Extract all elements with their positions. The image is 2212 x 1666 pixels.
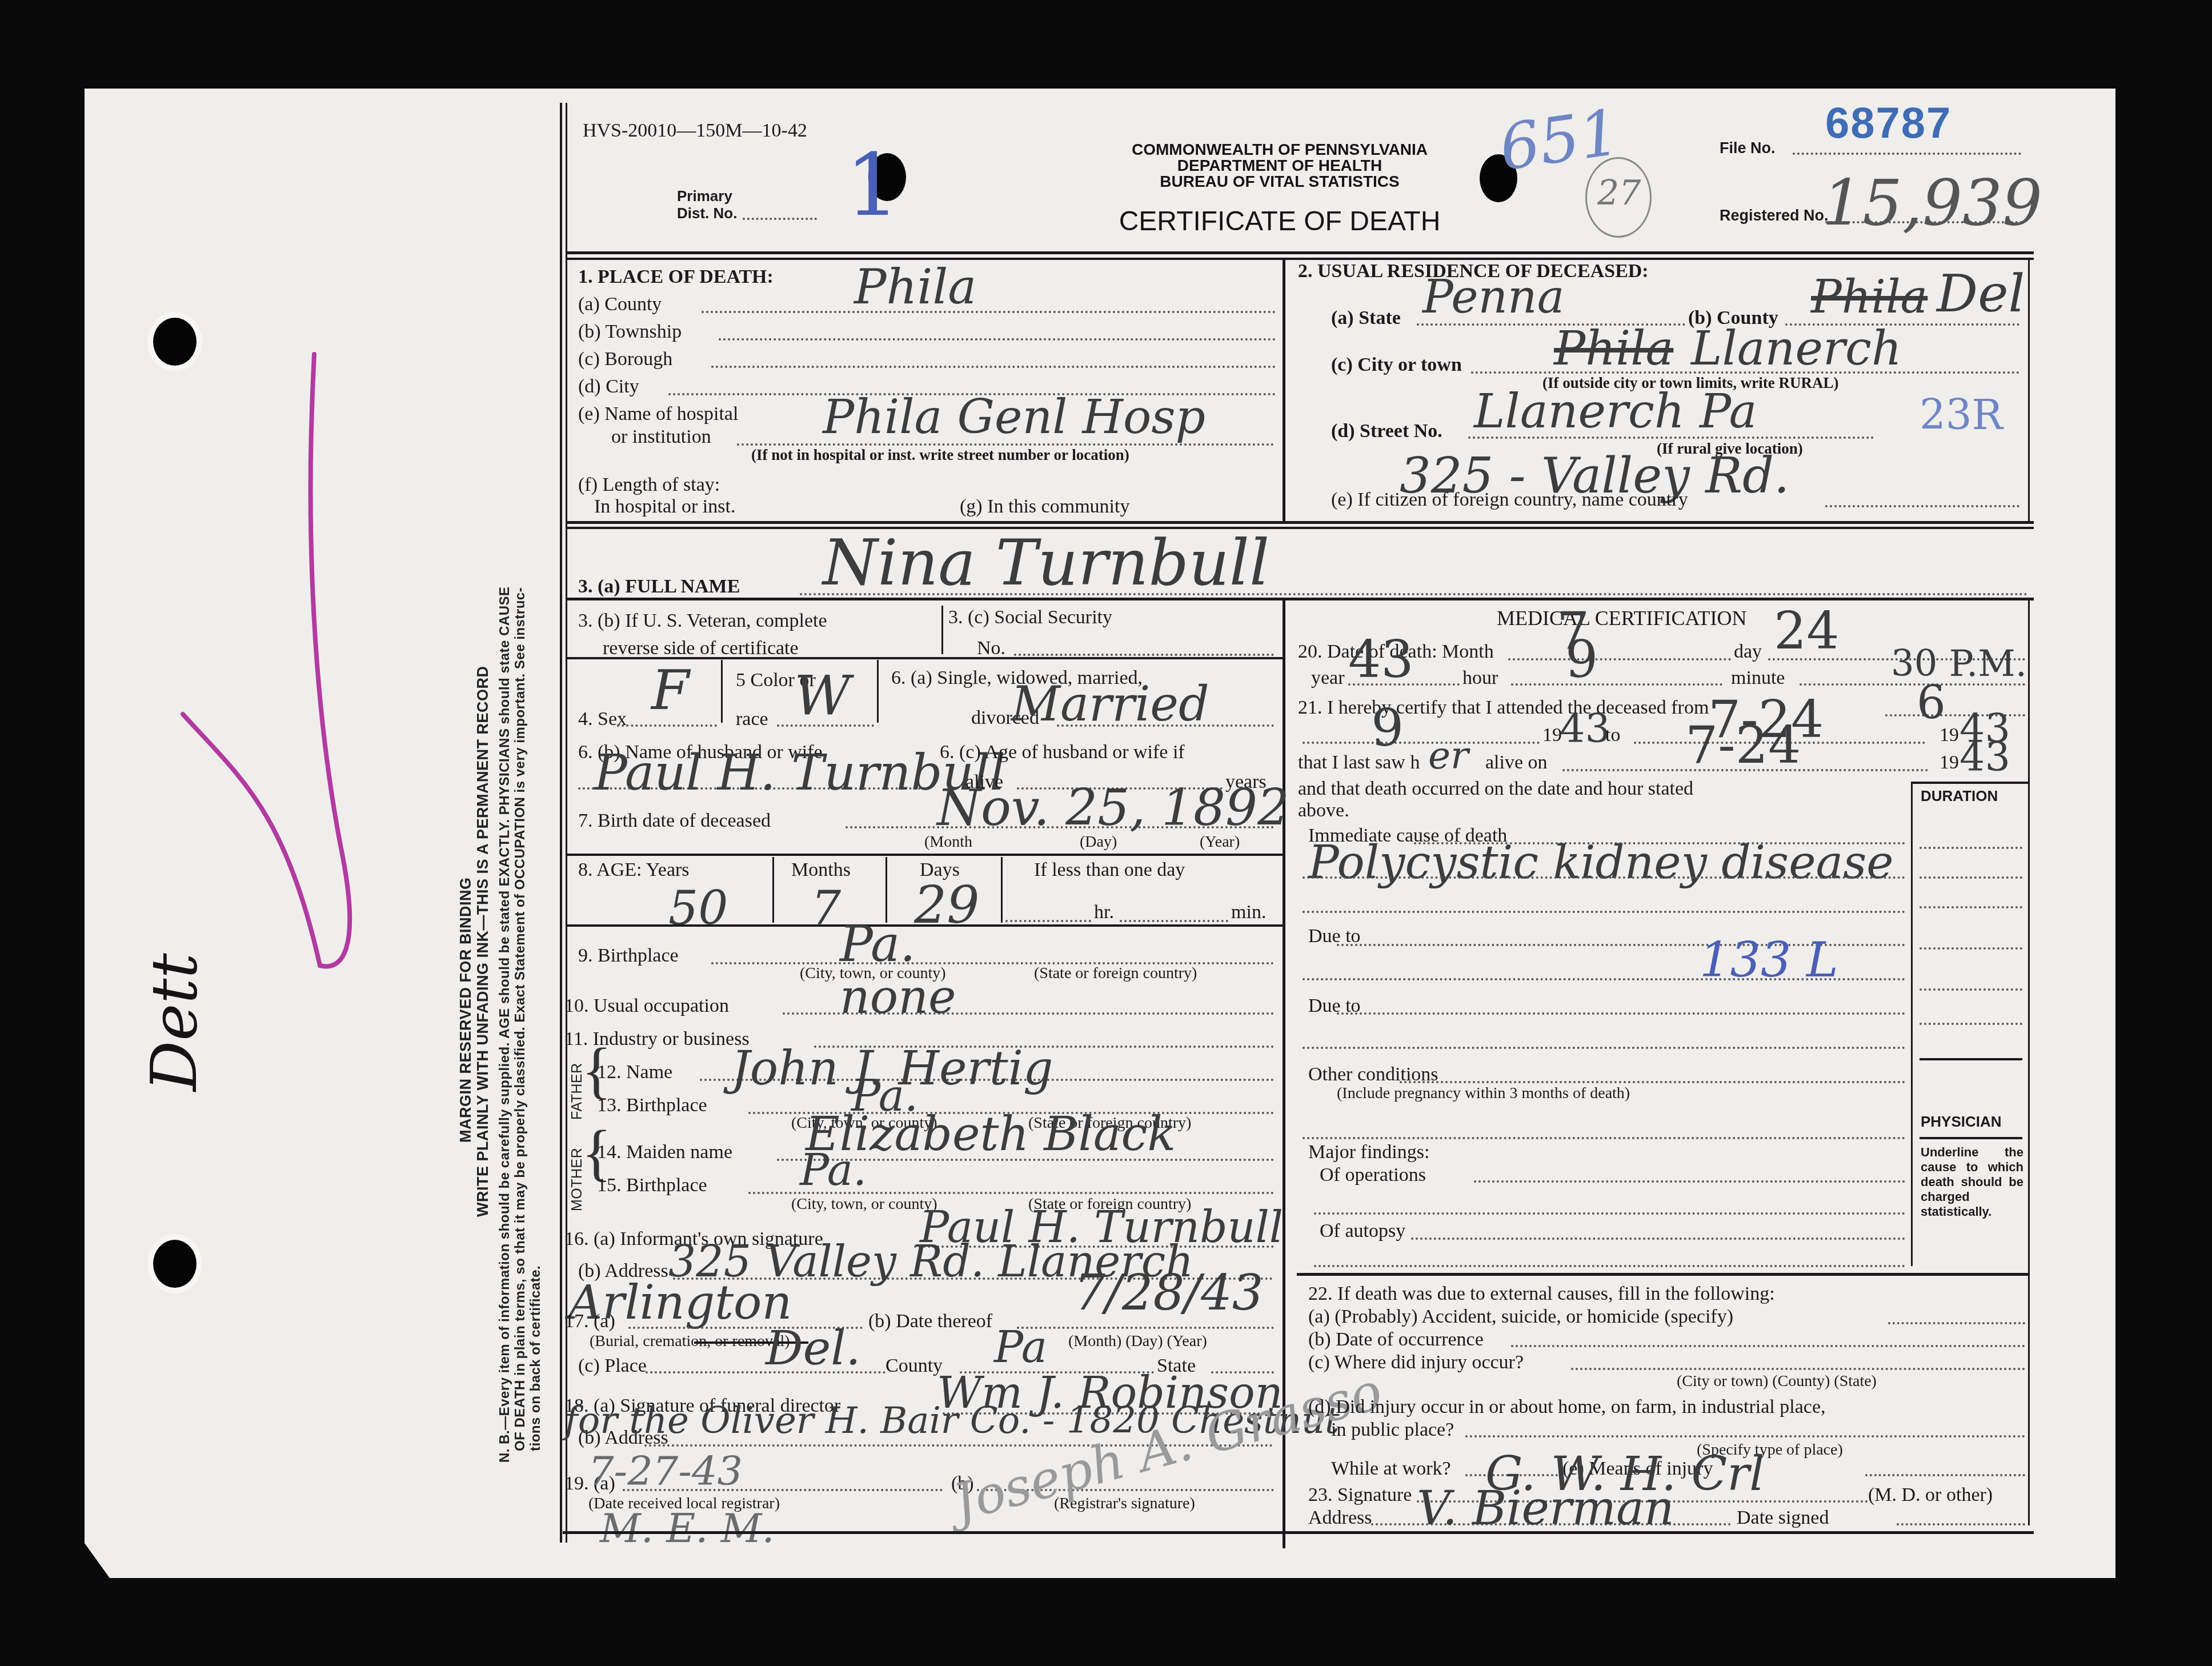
age-min-label: min.: [1231, 903, 1266, 922]
birth-month-caption: (Month: [924, 834, 972, 850]
certify-label: 21. I hereby certify that I attended the…: [1298, 698, 1709, 718]
external-a-label: (a) (Probably) Accident, suicide, or hom…: [1308, 1307, 1733, 1327]
mother-birthplace-value: Pa.: [800, 1148, 867, 1192]
res-state-value: Penna: [1422, 274, 1564, 320]
res-city-label: (c) City or town: [1331, 355, 1462, 375]
stay-hospital-label: In hospital or inst.: [594, 497, 735, 516]
death-occurred-label: and that death occurred on the date and …: [1298, 779, 1693, 799]
physician-heading: PHYSICIAN: [1921, 1114, 2002, 1129]
pencil-note: Dett: [143, 953, 206, 1091]
to-year-prefix: 19: [1939, 726, 1959, 745]
age-years-label: 8. AGE: Years: [578, 860, 690, 880]
birthplace-value: Pa.: [840, 920, 916, 969]
nb-line-2: OF DEATH in plain terms, so that it may …: [512, 587, 528, 1451]
form-code: HVS-20010—150M—10-42: [583, 121, 807, 141]
major-findings-label: Major findings:: [1308, 1143, 1429, 1162]
township-label: (b) Township: [578, 322, 682, 342]
from-year-prefix: 19: [1542, 726, 1562, 745]
physician-note: Underline the cause to which death shoul…: [1921, 1145, 2023, 1219]
form-border-left: [560, 103, 562, 1543]
place-of-death-heading: 1. PLACE OF DEATH:: [578, 267, 774, 287]
registrar-date-value: 7-27-43: [588, 1451, 743, 1491]
occupation-value: none: [840, 974, 956, 1021]
due-to-label: Due to: [1308, 927, 1361, 946]
death-day-label: day: [1734, 642, 1762, 662]
magenta-check-mark-icon: [171, 343, 411, 1028]
file-no-value: 68787: [1825, 98, 1951, 148]
ssn-label: 3. (c) Social Security: [948, 608, 1112, 627]
death-hour-value: 9: [1565, 634, 1598, 686]
institution-label: or institution: [611, 427, 711, 447]
from-year-value: 43: [1560, 708, 1610, 748]
res-county-struck: Phila: [1811, 274, 1928, 320]
borough-label: (c) Borough: [578, 350, 672, 369]
res-state-label: (a) State: [1331, 309, 1401, 328]
alive-year-prefix: 19: [1939, 753, 1959, 772]
death-county-value: Phila: [854, 263, 976, 311]
length-of-stay-label: (f) Length of stay:: [578, 475, 720, 495]
operations-label: Of operations: [1320, 1166, 1426, 1185]
date-signed-label: Date signed: [1737, 1508, 1829, 1528]
primary-label: Primary: [677, 189, 732, 203]
death-day-value: 24: [1774, 606, 1840, 657]
hospital-note: (If not in hospital or inst. write stree…: [751, 447, 1129, 463]
registered-no-value: 15,939: [1822, 171, 2042, 234]
last-saw-pronoun: er: [1428, 737, 1469, 775]
external-c-label: (c) Where did injury occur?: [1308, 1353, 1524, 1372]
while-at-work-label: While at work?: [1331, 1459, 1451, 1479]
ssn-no-label: No.: [977, 639, 1005, 658]
marital-value: Married: [1011, 680, 1209, 728]
binding-hole: [153, 1240, 197, 1288]
nb-line-3: tions on back of certificate.: [528, 1265, 544, 1451]
age-months-label: Months: [791, 860, 851, 880]
death-hour-label: hour: [1462, 668, 1498, 688]
primary-dist-value: 1: [845, 143, 900, 229]
res-street-value: Llanerch Pa: [1474, 389, 1757, 435]
certificate-title: CERTIFICATE OF DEATH: [1063, 206, 1497, 237]
city-label: (d) City: [578, 377, 639, 397]
res-street-label: (d) Street No.: [1331, 422, 1442, 441]
circled-number: 27: [1585, 157, 1652, 238]
birthplace-label: 9. Birthplace: [578, 946, 679, 966]
age-hr-label: hr.: [1094, 903, 1114, 922]
veteran-label-2: reverse side of certificate: [603, 639, 799, 658]
death-year-value: 43: [1348, 634, 1414, 686]
full-name-value: Nina Turnbull: [823, 531, 1269, 594]
hospital-value: Phila Genl Hosp: [823, 394, 1205, 441]
registered-no-label: Registered No.: [1720, 208, 1829, 223]
mother-city-caption: (City, town, or county): [791, 1196, 937, 1212]
birth-year-caption: (Year): [1200, 834, 1240, 850]
death-year-label: year: [1311, 668, 1345, 688]
to-label: to: [1605, 726, 1620, 745]
mother-maiden-label: 14. Maiden name: [597, 1143, 732, 1162]
alive-year-value: 43: [1959, 737, 2010, 777]
occupation-label: 10. Usual occupation: [564, 996, 729, 1016]
res-street-code: 23R: [1920, 394, 2003, 435]
alive-on-value: 7-24: [1685, 720, 1801, 771]
res-foreign-label: (e) If citizen of foreign country, name …: [1331, 490, 1688, 510]
burial-county-value: Pa: [994, 1325, 1047, 1369]
attended-from-value-1: 6: [1917, 680, 1946, 726]
physician-address-label: Address: [1308, 1508, 1372, 1528]
race-value: W: [794, 668, 851, 723]
signature-label: 23. Signature: [1308, 1485, 1412, 1505]
father-birthplace-label: 13. Birthplace: [597, 1096, 707, 1115]
agency-line-3: BUREAU OF VITAL STATISTICS: [1063, 173, 1497, 191]
death-minute-label: minute: [1731, 668, 1785, 688]
death-minute-value: 30 P.M.: [1891, 646, 2027, 682]
burial-label: 17. (a): [564, 1312, 615, 1331]
county-label: (a) County: [578, 295, 662, 314]
external-b-label: (b) Date of occurrence: [1308, 1330, 1484, 1349]
sex-value: F: [651, 663, 690, 718]
immediate-cause-value: Polycystic kidney disease: [1308, 840, 1894, 886]
veteran-label: 3. (b) If U. S. Veteran, complete: [578, 611, 827, 631]
external-d-label: (d) Did injury occur in or about home, o…: [1308, 1397, 1825, 1417]
margin-instruction: WRITE PLAINLY WITH UNFADING INK—THIS IS …: [474, 666, 492, 1217]
burial-place-value: Del.: [766, 1325, 861, 1372]
duration-heading: DURATION: [1921, 788, 1998, 803]
burial-date-label: (b) Date thereof: [868, 1312, 992, 1331]
birthplace-state-caption: (State or foreign country): [1034, 966, 1197, 982]
race-label: race: [736, 710, 768, 729]
margin-title: MARGIN RESERVED FOR BINDING: [457, 877, 475, 1143]
res-city-struck: Phila: [1554, 326, 1673, 373]
father-name-label: 12. Name: [597, 1063, 672, 1082]
age-days-value: 29: [914, 880, 980, 931]
mother-birthplace-label: 15. Birthplace: [597, 1176, 707, 1195]
autopsy-label: Of autopsy: [1320, 1222, 1405, 1241]
alive-on-label: alive on: [1485, 753, 1548, 772]
spouse-age-label: 6. (c) Age of husband or wife if: [940, 743, 1185, 762]
md-label: (M. D. or other): [1868, 1485, 1993, 1505]
res-city-value: Llanerch: [1691, 326, 1902, 373]
file-no-label: File No.: [1720, 141, 1776, 156]
due-to-code: 133 L: [1700, 936, 1838, 984]
attended-from-value-2: 9: [1371, 703, 1404, 754]
external-d-label-2: in public place?: [1331, 1420, 1454, 1440]
physician-address-value: V. Bierman: [1417, 1485, 1674, 1532]
medical-heading: MEDICAL CERTIFICATION: [1497, 608, 1746, 628]
above-label: above.: [1298, 801, 1349, 820]
full-name-label: 3. (a) FULL NAME: [578, 577, 740, 596]
external-c-caption: (City or town) (County) (State): [1677, 1373, 1877, 1389]
birth-date-label: 7. Birth date of deceased: [578, 811, 771, 831]
dist-label: Dist. No.: [677, 206, 737, 221]
last-saw-label: that I last saw h: [1298, 753, 1420, 772]
burial-date-value: 7/28/43: [1074, 1268, 1264, 1317]
registrar-initials: M. E. M.: [600, 1508, 775, 1548]
nb-line-1: N. B.—Every item of information should b…: [497, 586, 513, 1463]
stay-community-label: (g) In this community: [960, 497, 1129, 516]
hospital-label: (e) Name of hospital: [578, 405, 738, 424]
external-heading: 22. If death was due to external causes,…: [1308, 1284, 1775, 1304]
burial-place-label: (c) Place: [578, 1356, 647, 1376]
res-county-value: Del: [1937, 269, 2025, 320]
burial-county-label: County: [885, 1356, 943, 1376]
burial-date-caption: (Month) (Day) (Year): [1068, 1333, 1207, 1349]
birth-day-caption: (Day): [1080, 834, 1117, 850]
birth-date-value: Nov. 25, 1892: [937, 783, 1289, 833]
other-conditions-note: (Include pregnancy within 3 months of de…: [1337, 1086, 1630, 1102]
age-less-label: If less than one day: [1034, 860, 1185, 880]
